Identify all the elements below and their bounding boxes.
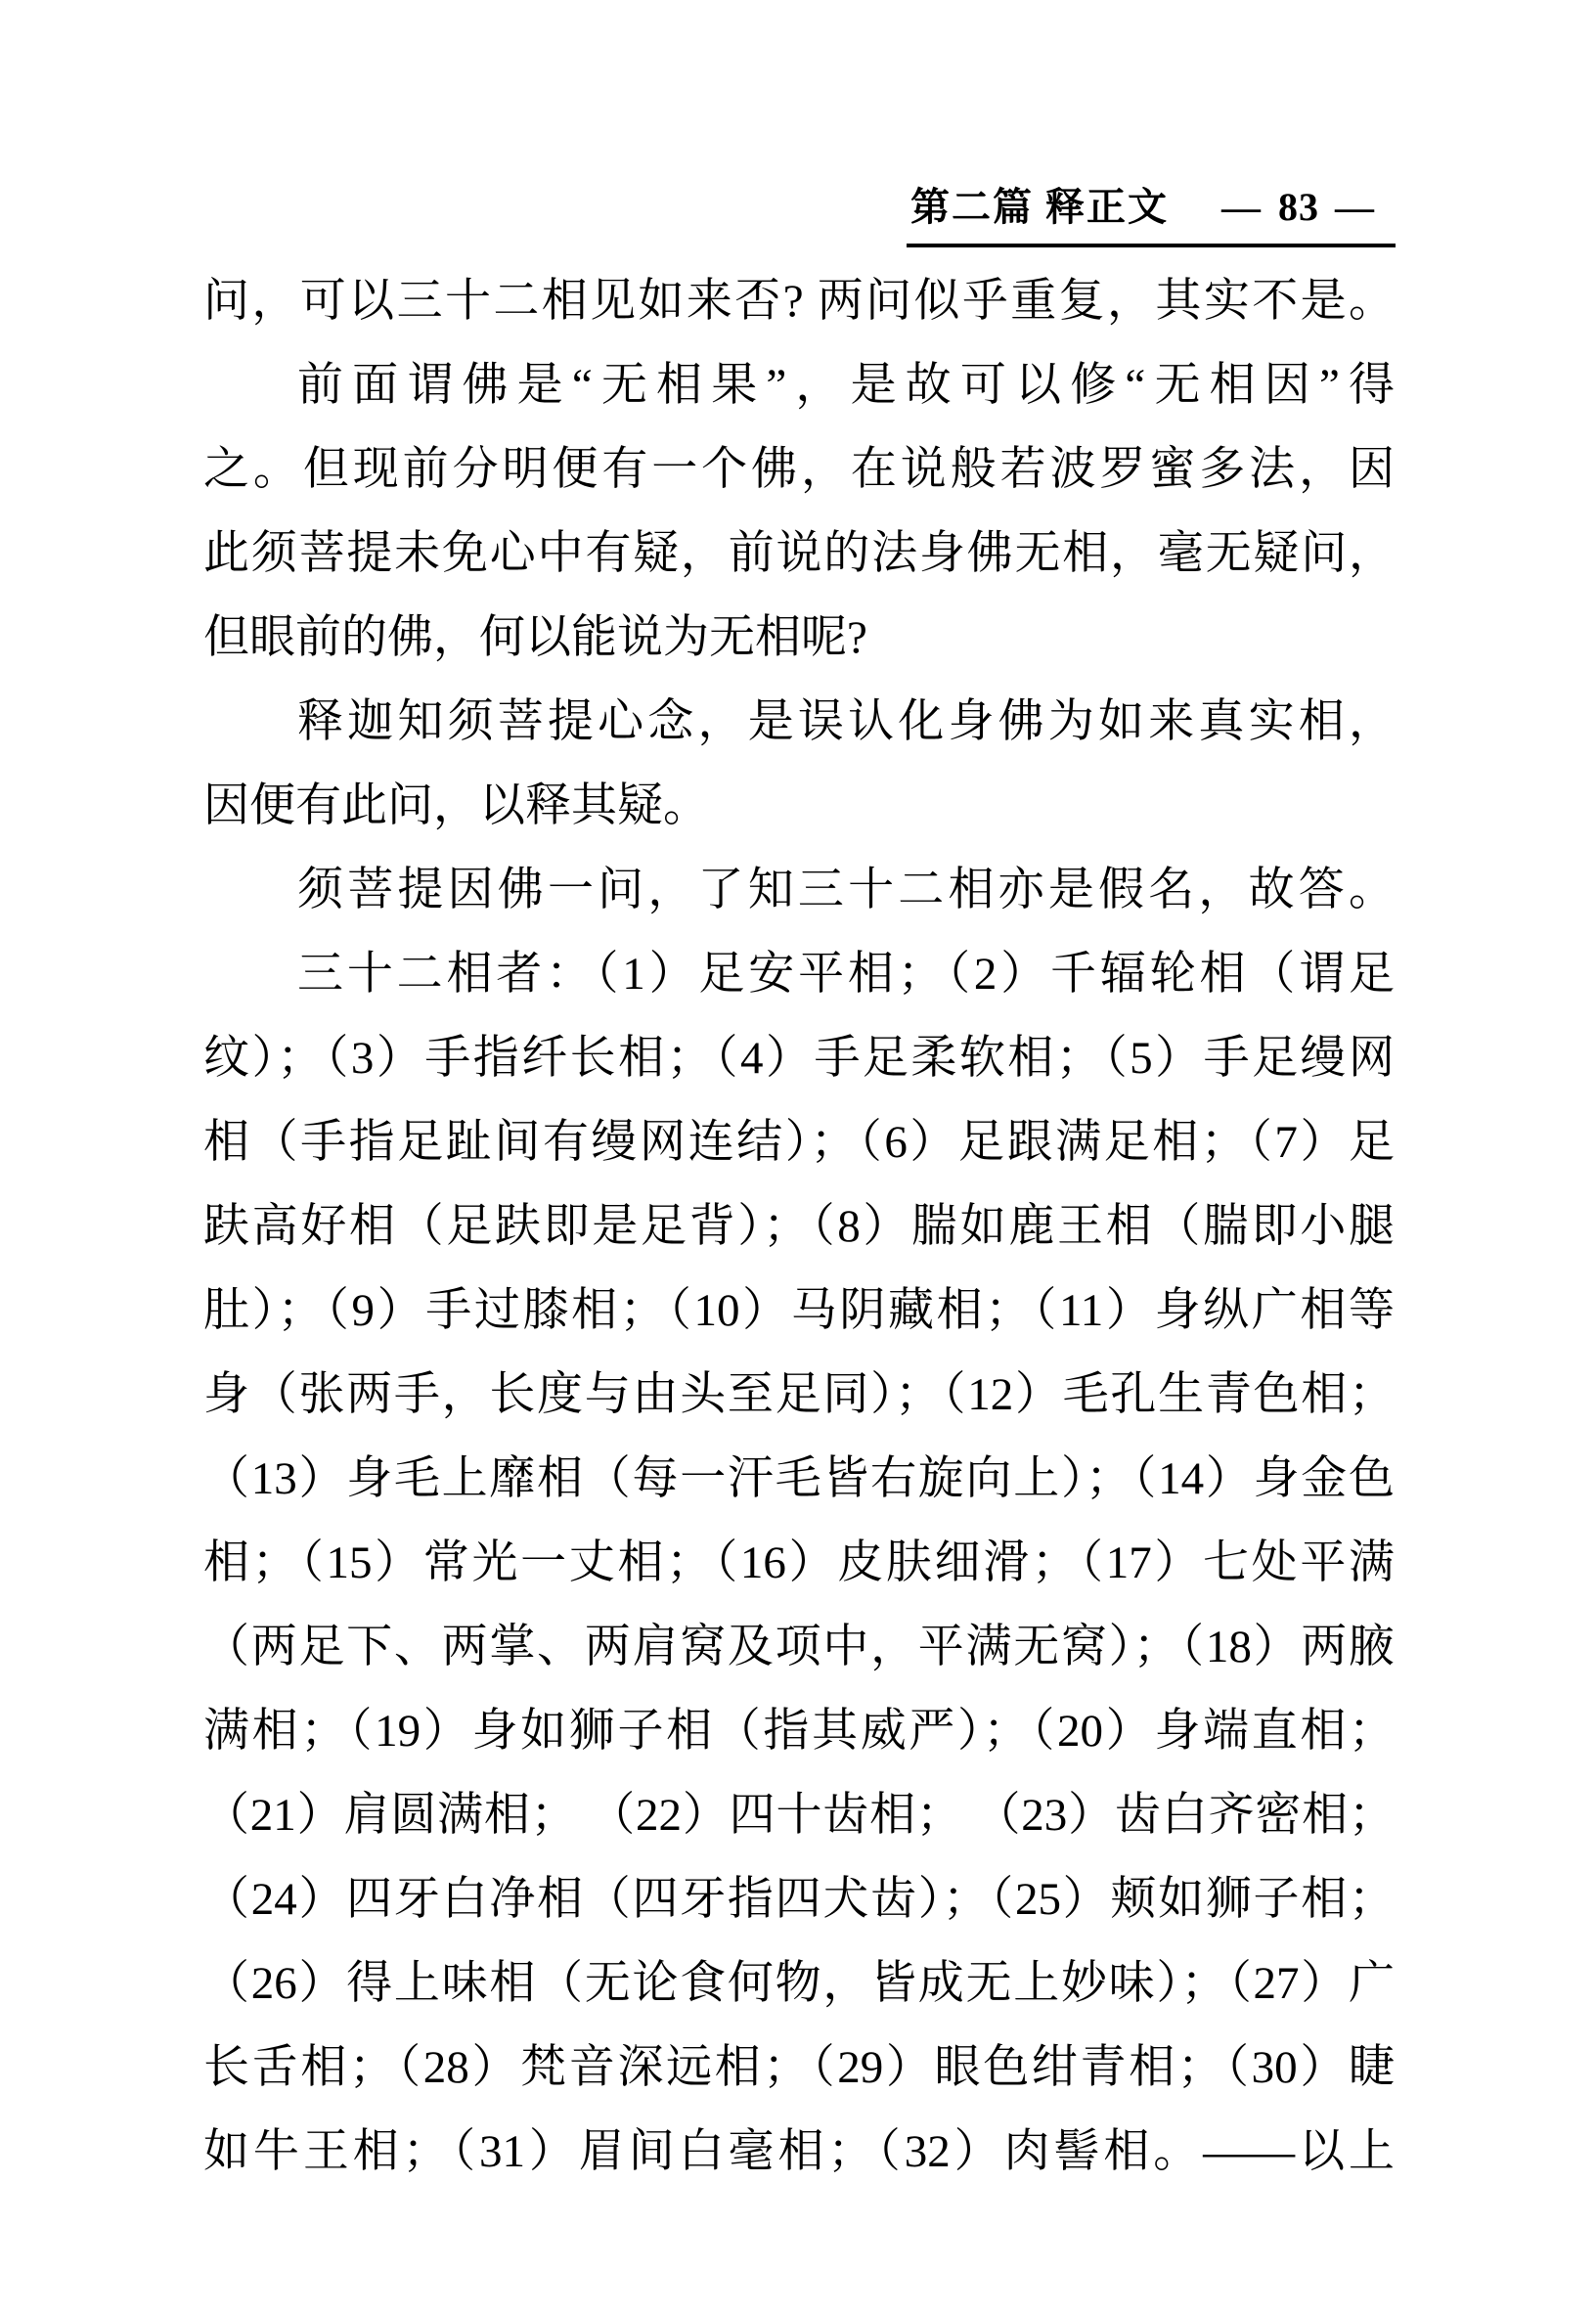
text-line-19: （21）肩圆满相； （22）四十齿相； （23）齿白齐密相； [203,1773,1395,1857]
body-text: 问，可以三十二相见如来否? 两问似乎重复，其实不是。 前面谓佛是“无相果”，是故… [203,259,1395,2194]
text-line-3: 之。但现前分明便有一个佛，在说般若波罗蜜多法，因 [203,427,1395,512]
text-line-17: （两足下、两掌、两肩窝及项中，平满无窝）；（18）两腋 [203,1605,1395,1689]
text-line-6: 释迦知须菩提心念，是误认化身佛为如来真实相， [203,680,1395,764]
text-line-13: 肚）；（9）手过膝相；（10）马阴藏相；（11）身纵广相等 [203,1269,1395,1353]
text-line-10: 纹）；（3）手指纤长相；（4）手足柔软相；（5）手足缦网 [203,1016,1395,1100]
text-line-14: 身（张两手，长度与由头至足同）；（12）毛孔生青色相； [203,1353,1395,1437]
text-line-9: 三十二相者：（1）足安平相；（2）千辐轮相（谓足 [203,932,1395,1016]
header-dash-right: — [1335,185,1376,229]
text-line-2: 前面谓佛是“无相果”，是故可以修“无相因”得 [203,343,1395,427]
text-line-11: 相（手指足趾间有缦网连结）；（6）足跟满足相；（7）足 [203,1100,1395,1184]
text-line-21: （26）得上味相（无论食何物，皆成无上妙味）；（27）广 [203,1941,1395,2026]
text-line-8: 须菩提因佛一问，了知三十二相亦是假名，故答。 [203,848,1395,932]
running-header: 第二篇 释正文—83— [907,176,1396,247]
text-line-22: 长舌相；（28）梵音深远相；（29）眼色绀青相；（30）睫 [203,2026,1395,2110]
text-line-20: （24）四牙白净相（四牙指四犬齿）；（25）颊如狮子相； [203,1857,1395,1941]
text-line-23: 如牛王相；（31）眉间白毫相；（32）肉髻相。——以上 [203,2110,1395,2194]
page-number: 83 [1278,185,1319,229]
text-line-18: 满相；（19）身如狮子相（指其威严）；（20）身端直相； [203,1689,1395,1773]
scanned-book-page: 第二篇 释正文—83— 问，可以三十二相见如来否? 两问似乎重复，其实不是。 前… [0,0,1596,2316]
text-line-16: 相；（15）常光一丈相；（16）皮肤细滑；（17）七处平满 [203,1521,1395,1605]
text-line-7: 因便有此问，以释其疑。 [203,764,1395,848]
text-line-5: 但眼前的佛，何以能说为无相呢? [203,596,1395,680]
text-line-12: 趺高好相（足趺即是足背）；（8）腨如鹿王相（腨即小腿 [203,1184,1395,1269]
text-line-15: （13）身毛上靡相（每一汗毛皆右旋向上）；（14）身金色 [203,1437,1395,1521]
header-dash-left: — [1221,185,1263,229]
text-line-1: 问，可以三十二相见如来否? 两问似乎重复，其实不是。 [203,259,1395,343]
text-line-4: 此须菩提未免心中有疑，前说的法身佛无相，毫无疑问， [203,512,1395,596]
section-title: 第二篇 释正文 [910,185,1169,229]
